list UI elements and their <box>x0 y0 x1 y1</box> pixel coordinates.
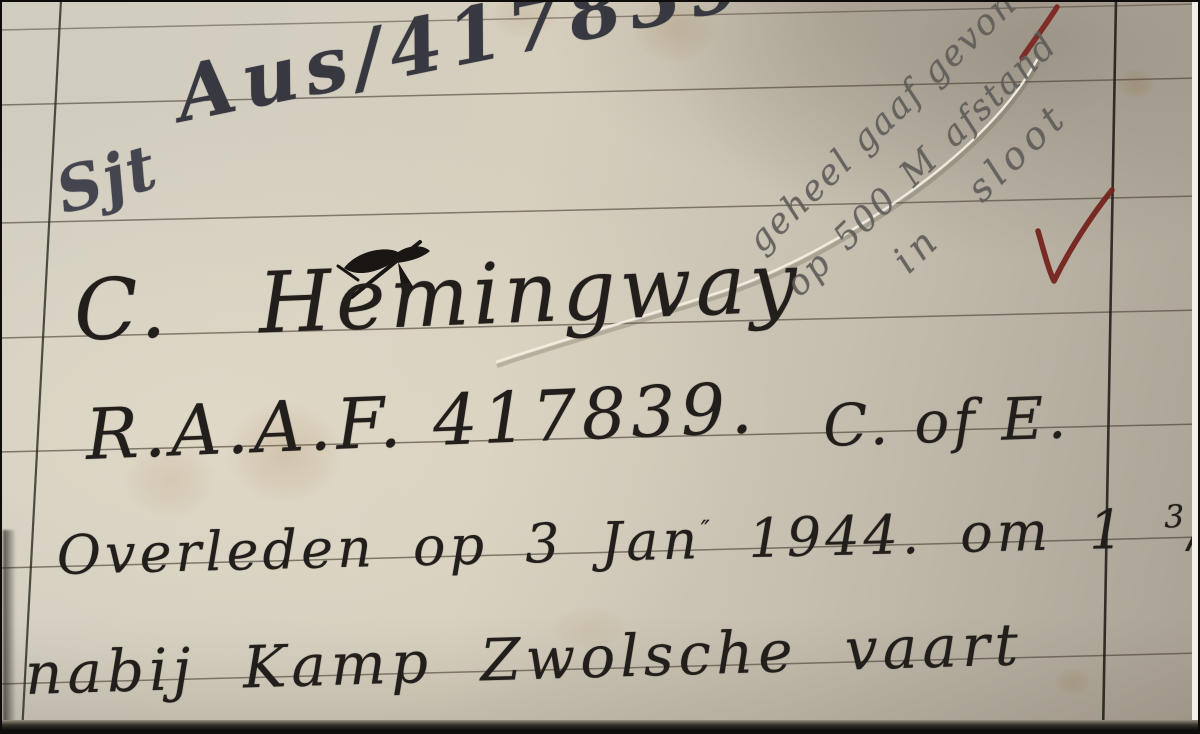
religion-denomination: C. of E. <box>822 383 1071 460</box>
photo-edge-white-strip <box>1192 0 1198 734</box>
fraction-numerator: 3 <box>1164 499 1189 536</box>
death-year-text: 1944. om 1 <box>711 497 1166 571</box>
photo-edge-shadow <box>3 530 16 722</box>
jan-superscript: ″ <box>701 514 712 543</box>
register-page-photo: Aus/417839 Sjt C. Hemingway R.A.A.F. 417… <box>0 0 1200 734</box>
red-checkmark <box>1038 190 1112 281</box>
photo-bottom-edge <box>0 720 1200 734</box>
